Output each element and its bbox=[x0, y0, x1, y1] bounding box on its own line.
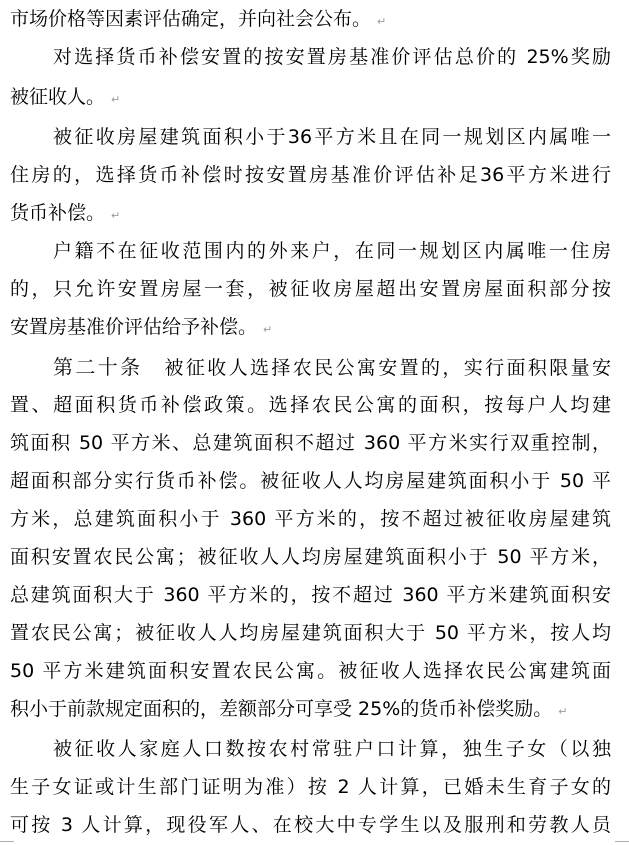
text-line: 住房的，选择货币补偿时按安置房基准价评估补足36平方米进行 bbox=[10, 160, 611, 190]
line-text: 方米，总建筑面积小于 360 平方米的，按不超过被征收房屋建筑 bbox=[10, 508, 611, 530]
line-text: 可按 3 人计算，现役军人、在校大中专学生以及服刑和劳教人员 bbox=[10, 814, 611, 836]
line-text: 的，只允许安置房屋一套，被征收房屋超出安置房屋面积部分按 bbox=[10, 278, 611, 300]
text-line: 面积安置农民公寓；被征收人人均房屋建筑面积小于 50 平方米， bbox=[10, 542, 611, 572]
text-line: 50 平方米建筑面积安置农民公寓。被征收人选择农民公寓建筑面 bbox=[10, 656, 611, 686]
text-line: 方米，总建筑面积小于 360 平方米的，按不超过被征收房屋建筑 bbox=[10, 504, 611, 534]
text-line: 总建筑面积大于 360 平方米的，按不超过 360 平方米建筑面积安 bbox=[10, 580, 611, 610]
text-line: 的，只允许安置房屋一套，被征收房屋超出安置房屋面积部分按 bbox=[10, 274, 611, 304]
text-line: 市场价格等因素评估确定，并向社会公布。↵ bbox=[10, 4, 611, 34]
line-text: 生子女证或计生部门证明为准）按 2 人计算，已婚未生育子女的 bbox=[10, 776, 611, 798]
text-line: 积小于前款规定面积的，差额部分可享受 25%的货币补偿奖励。↵ bbox=[10, 694, 611, 724]
text-line: 可按 3 人计算，现役军人、在校大中专学生以及服刑和劳教人员 bbox=[10, 810, 611, 840]
text-line: 生子女证或计生部门证明为准）按 2 人计算，已婚未生育子女的 bbox=[10, 772, 611, 802]
line-text: 户籍不在征收范围内的外来户，在同一规划区内属唯一住房 bbox=[53, 240, 611, 262]
paragraph-mark-icon: ↵ bbox=[558, 705, 567, 718]
line-text: 被征收人选择农民公寓安置的，实行面积限量安 bbox=[165, 357, 612, 379]
text-line: 置农民公寓；被征收人人均房屋建筑面积大于 50 平方米，按人均 bbox=[10, 618, 611, 648]
text-line: 置、超面积货币补偿政策。选择农民公寓的面积，按每户人均建 bbox=[10, 390, 611, 420]
line-text: 安置房基准价评估给予补偿。 bbox=[10, 316, 257, 338]
line-text: 积小于前款规定面积的，差额部分可享受 25%的货币补偿奖励。 bbox=[10, 698, 552, 720]
text-line: 货币补偿。↵ bbox=[10, 198, 611, 228]
line-text: 筑面积 50 平方米、总建筑面积不超过 360 平方米实行双重控制， bbox=[10, 432, 611, 454]
text-line: 被征收人。↵ bbox=[10, 82, 611, 112]
page-margin-corner-left bbox=[0, 841, 14, 842]
text-line: 被征收人家庭人口数按农村常驻户口计算，独生子女（以独 bbox=[53, 734, 611, 764]
line-text: 被征收人家庭人口数按农村常驻户口计算，独生子女（以独 bbox=[53, 738, 611, 760]
line-text: 超面积部分实行货币补偿。被征收人人均房屋建筑面积小于 50 平 bbox=[10, 470, 611, 492]
text-line: 户籍不在征收范围内的外来户，在同一规划区内属唯一住房 bbox=[53, 236, 611, 266]
text-line: 第二十条被征收人选择农民公寓安置的，实行面积限量安 bbox=[53, 352, 611, 382]
line-text: 总建筑面积大于 360 平方米的，按不超过 360 平方米建筑面积安 bbox=[10, 584, 611, 606]
text-line: 安置房基准价评估给予补偿。↵ bbox=[10, 312, 611, 342]
line-text: 被征收人。 bbox=[10, 86, 105, 108]
line-text: 50 平方米建筑面积安置农民公寓。被征收人选择农民公寓建筑面 bbox=[10, 660, 611, 682]
line-text: 置农民公寓；被征收人人均房屋建筑面积大于 50 平方米，按人均 bbox=[10, 622, 611, 644]
line-text: 面积安置农民公寓；被征收人人均房屋建筑面积小于 50 平方米， bbox=[10, 546, 611, 568]
line-text: 货币补偿。 bbox=[10, 202, 105, 224]
paragraph-mark-icon: ↵ bbox=[377, 15, 386, 28]
text-line: 筑面积 50 平方米、总建筑面积不超过 360 平方米实行双重控制， bbox=[10, 428, 611, 458]
line-text: 被征收房屋建筑面积小于36平方米且在同一规划区内属唯一 bbox=[53, 126, 611, 148]
text-line: 被征收房屋建筑面积小于36平方米且在同一规划区内属唯一 bbox=[53, 122, 611, 152]
article-heading: 第二十条 bbox=[53, 355, 143, 379]
page-margin-corner-right bbox=[615, 841, 629, 842]
paragraph-mark-icon: ↵ bbox=[263, 323, 272, 336]
line-text: 置、超面积货币补偿政策。选择农民公寓的面积，按每户人均建 bbox=[10, 394, 611, 416]
text-line: 超面积部分实行货币补偿。被征收人人均房屋建筑面积小于 50 平 bbox=[10, 466, 611, 496]
paragraph-mark-icon: ↵ bbox=[111, 93, 120, 106]
paragraph-mark-icon: ↵ bbox=[111, 209, 120, 222]
line-text: 市场价格等因素评估确定，并向社会公布。 bbox=[10, 8, 371, 30]
text-line: 对选择货币补偿安置的按安置房基准价评估总价的 25%奖励 bbox=[53, 42, 611, 72]
line-text: 对选择货币补偿安置的按安置房基准价评估总价的 25%奖励 bbox=[53, 46, 611, 68]
line-text: 住房的，选择货币补偿时按安置房基准价评估补足36平方米进行 bbox=[10, 164, 611, 186]
